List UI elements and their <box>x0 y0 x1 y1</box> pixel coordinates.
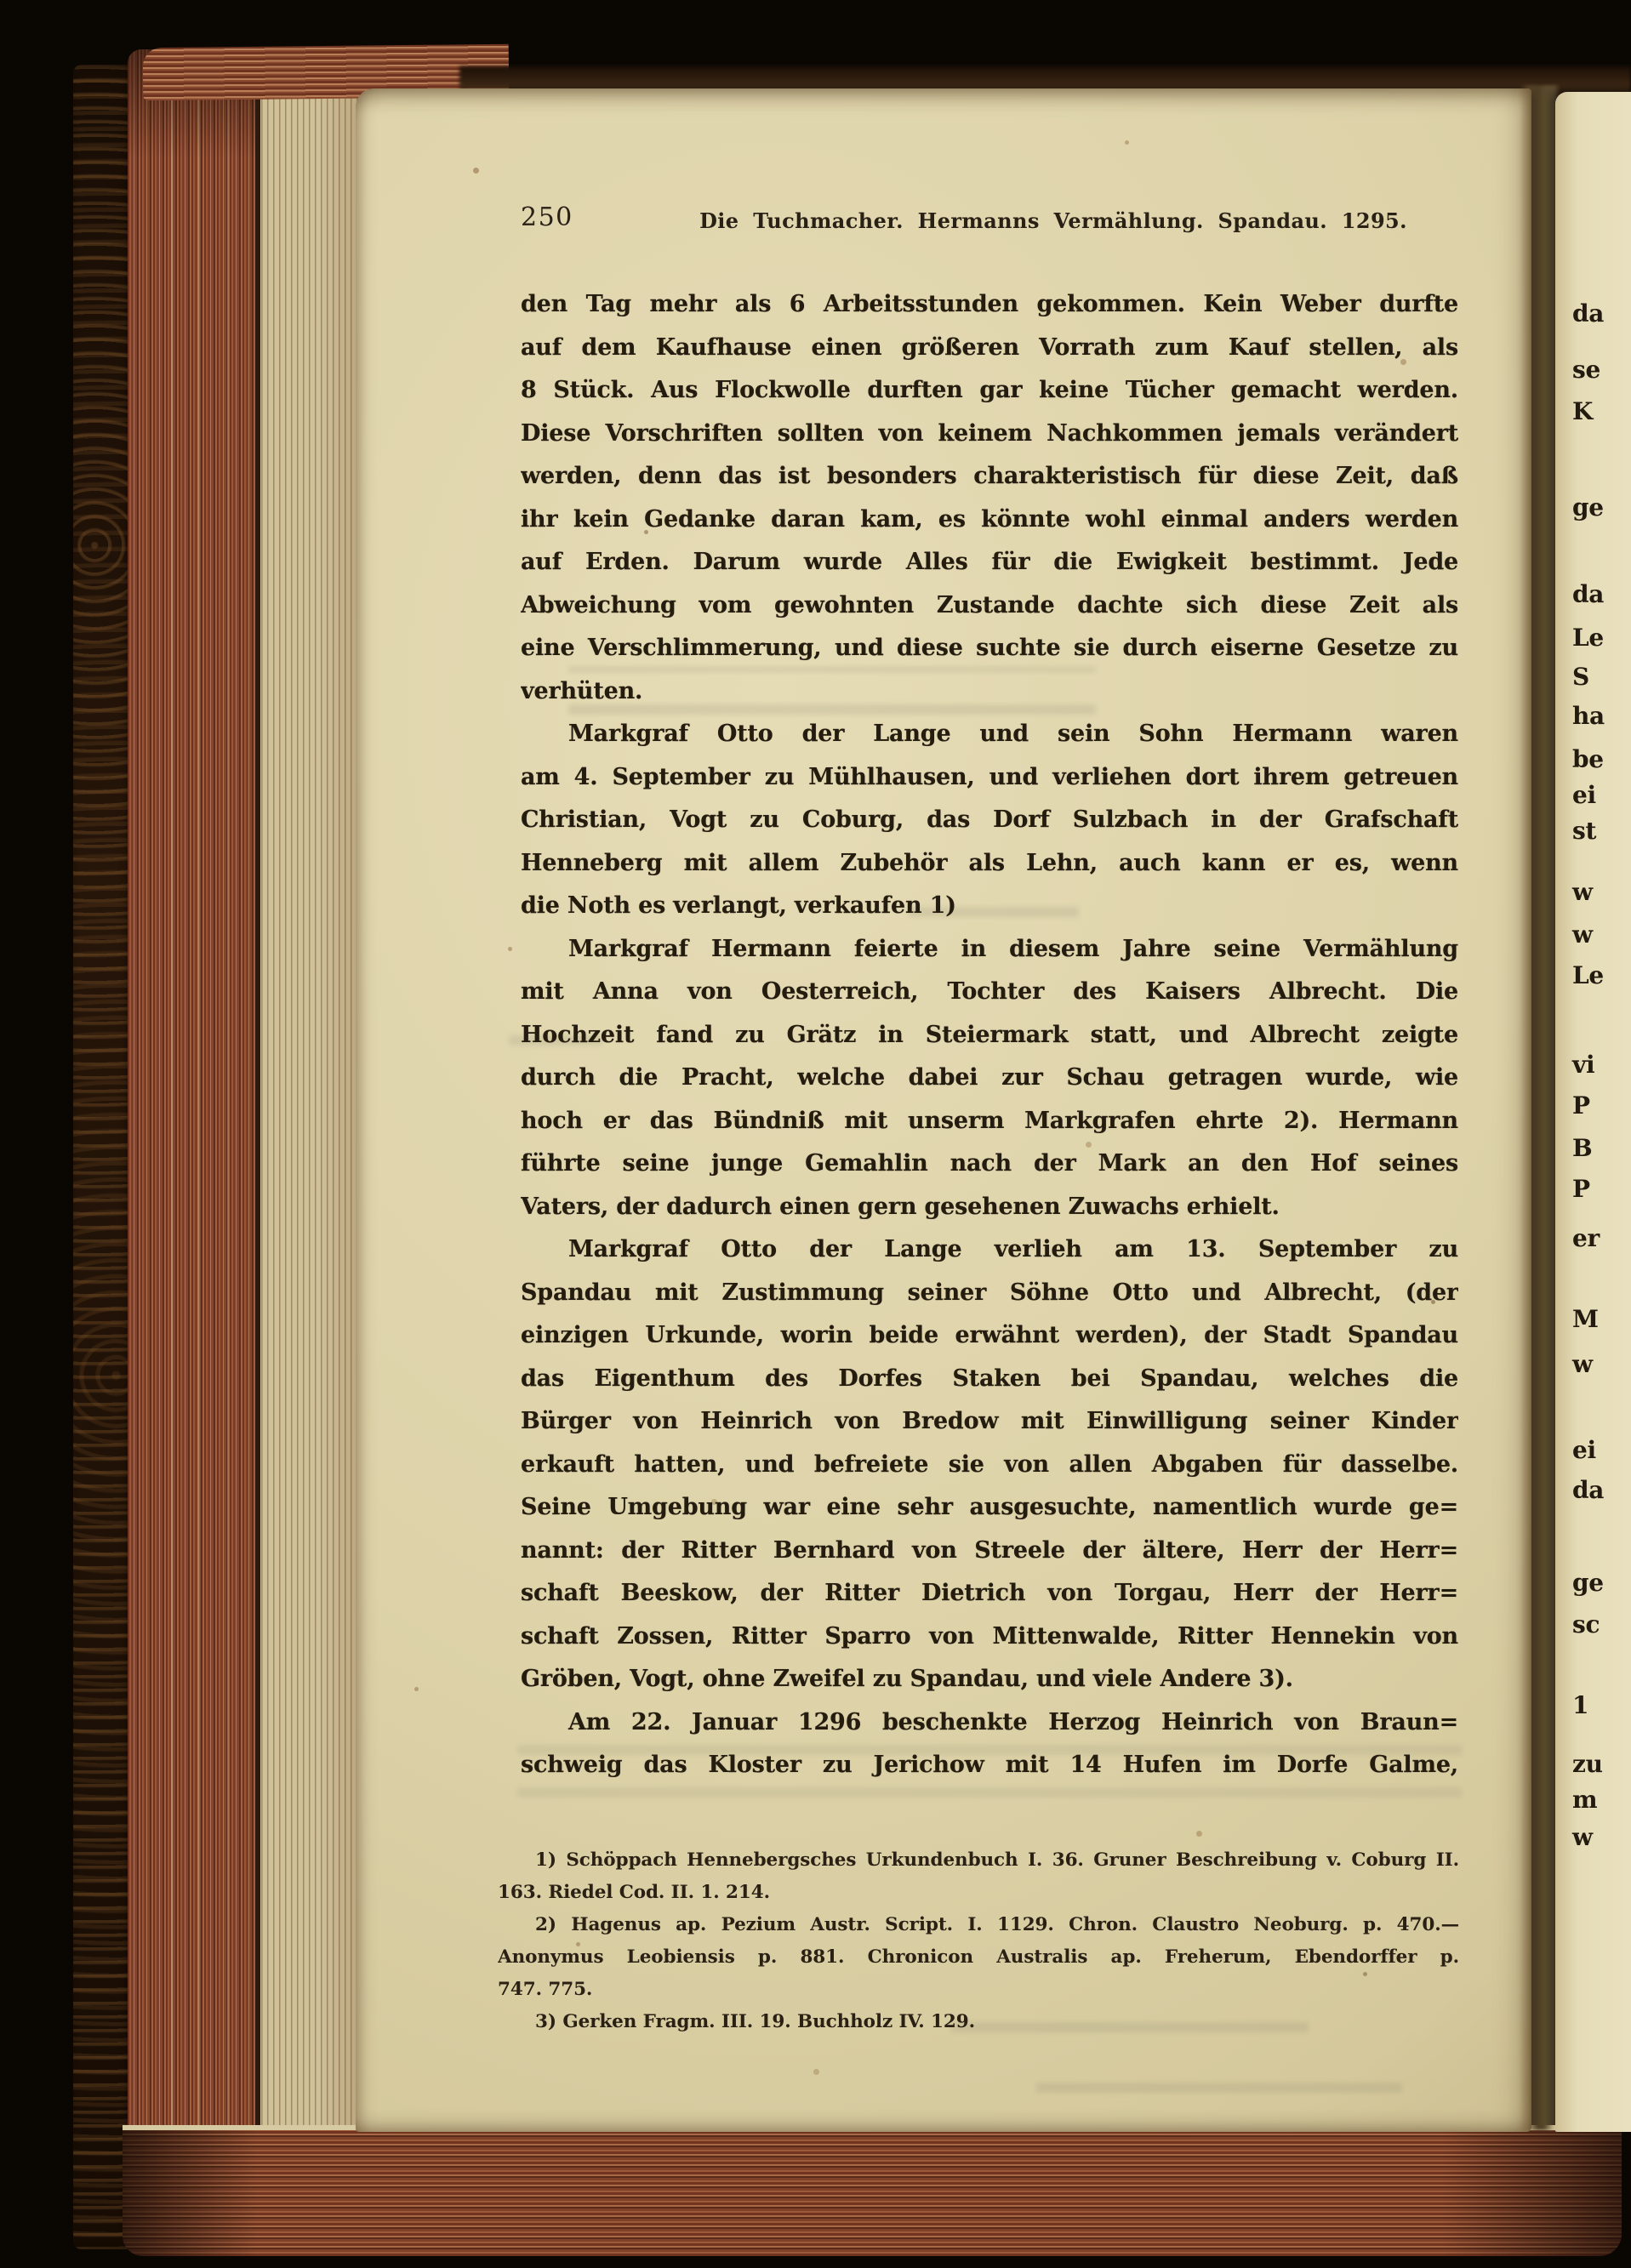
footnote-line: 1) Schöppach Hennebergsches Urkundenbuch… <box>498 1844 1459 1877</box>
body-text-block: den Tag mehr als 6 Arbeitsstunden gekomm… <box>521 283 1458 1787</box>
running-header: Die Tuchmacher. Hermanns Vermählung. Spa… <box>636 208 1470 233</box>
facing-page-text-fragment: se <box>1572 356 1600 391</box>
body-text-line: schaft Beeskow, der Ritter Dietrich von … <box>521 1572 1458 1616</box>
body-text-line: Am 22. Januar 1296 beschenkte Herzog Hei… <box>521 1701 1458 1745</box>
body-text-line: Hochzeit fand zu Grätz in Steiermark sta… <box>521 1014 1458 1057</box>
page-edge-striations-bottom <box>123 2125 1622 2256</box>
facing-page-text-fragment: ei <box>1572 1436 1596 1472</box>
gutter-shadow <box>1520 85 1560 2130</box>
footnote-line: Anonymus Leobiensis p. 881. Chronicon Au… <box>498 1941 1459 1974</box>
body-text-line: am 4. September zu Mühlhausen, und verli… <box>521 756 1458 800</box>
facing-page-text-fragment: Le <box>1572 624 1604 659</box>
facing-page-text-fragment: w <box>1572 1823 1593 1859</box>
page-number: 250 <box>521 202 573 232</box>
facing-page-text-fragment: w <box>1572 920 1593 956</box>
body-text-line: erkauft hatten, und befreiete sie von al… <box>521 1444 1458 1487</box>
footnote-line: 2) Hagenus ap. Pezium Austr. Script. I. … <box>498 1909 1459 1941</box>
body-text-line: Gröben, Vogt, ohne Zweifel zu Spandau, u… <box>521 1658 1458 1701</box>
facing-page-text-fragment: zu <box>1572 1750 1603 1786</box>
footnotes-block: 1) Schöppach Hennebergsches Urkundenbuch… <box>498 1844 1459 2038</box>
facing-page-text-fragment: P <box>1572 1175 1590 1211</box>
facing-page-text-fragment: ge <box>1572 1569 1604 1604</box>
body-text-line: werden, denn das ist besonders charakter… <box>521 455 1458 499</box>
body-text-line: schweig das Kloster zu Jerichow mit 14 H… <box>521 1744 1458 1787</box>
facing-page-text-fragment: da <box>1572 1476 1604 1512</box>
body-text-line: durch die Pracht, welche dabei zur Schau… <box>521 1057 1458 1100</box>
facing-page-text-fragment: ha <box>1572 702 1605 738</box>
body-text-line: nannt: der Ritter Bernhard von Streele d… <box>521 1530 1458 1573</box>
facing-page-text-fragment: da <box>1572 580 1604 616</box>
body-text-line: führte seine junge Gemahlin nach der Mar… <box>521 1143 1458 1186</box>
paper-specks <box>356 88 358 91</box>
body-text-line: Markgraf Hermann feierte in diesem Jahre… <box>521 928 1458 972</box>
body-text-line: Seine Umgebung war eine sehr ausgesuchte… <box>521 1486 1458 1530</box>
body-text-line: Markgraf Otto der Lange und sein Sohn He… <box>521 713 1458 756</box>
facing-page-text-fragment: da <box>1572 299 1604 335</box>
body-text-line: das Eigenthum des Dorfes Staken bei Span… <box>521 1358 1458 1401</box>
body-text-line: die Noth es verlangt, verkaufen 1) <box>521 885 1458 928</box>
facing-page-text-fragment: w <box>1572 1350 1593 1386</box>
body-text-line: eine Verschlimmerung, und diese suchte s… <box>521 627 1458 670</box>
facing-page-text-fragment: ei <box>1572 781 1596 817</box>
body-text-line: mit Anna von Oesterreich, Tochter des Ka… <box>521 971 1458 1014</box>
body-text-line: Markgraf Otto der Lange verlieh am 13. S… <box>521 1228 1458 1272</box>
facing-page-text-fragment: K <box>1572 397 1593 433</box>
facing-page-sliver: daseKgedaLeShabeeistwwLeviPBPerMweidages… <box>1555 92 1631 2132</box>
body-text-line: Spandau mit Zustimmung seiner Söhne Otto… <box>521 1272 1458 1315</box>
facing-page-text-fragment: Le <box>1572 961 1604 997</box>
facing-page-text-fragment: w <box>1572 878 1593 914</box>
body-text-line: verhüten. <box>521 670 1458 714</box>
body-text-line: schaft Zossen, Ritter Sparro von Mittenw… <box>521 1616 1458 1659</box>
footnote-line: 3) Gerken Fragm. III. 19. Buchholz IV. 1… <box>498 2006 1459 2038</box>
facing-page-text-fragment: m <box>1572 1786 1597 1821</box>
facing-page-text-fragment: ge <box>1572 493 1604 529</box>
facing-page-text-fragment: vi <box>1572 1051 1594 1086</box>
body-text-line: hoch er das Bündniß mit unserm Markgrafe… <box>521 1100 1458 1143</box>
facing-page-text-fragment: be <box>1572 745 1604 781</box>
book-scan-photo: 250 Die Tuchmacher. Hermanns Vermählung.… <box>0 0 1631 2268</box>
facing-page-text-fragment: S <box>1572 663 1589 698</box>
ink-showthrough <box>1036 2054 1402 2093</box>
body-text-line: ihr kein Gedanke daran kam, es könnte wo… <box>521 499 1458 542</box>
footnote-line: 747. 775. <box>498 1974 1459 2006</box>
body-text-line: Diese Vorschriften sollten von keinem Na… <box>521 413 1458 456</box>
body-text-line: Vaters, der dadurch einen gern gesehenen… <box>521 1186 1458 1229</box>
body-text-line: den Tag mehr als 6 Arbeitsstunden gekomm… <box>521 283 1458 327</box>
facing-page-text-fragment: sc <box>1572 1610 1600 1646</box>
facing-page-text-fragment: 1 <box>1572 1691 1588 1727</box>
body-text-line: Henneberg mit allem Zubehör als Lehn, au… <box>521 842 1458 886</box>
facing-page-text-fragment: B <box>1572 1134 1592 1170</box>
book-page: 250 Die Tuchmacher. Hermanns Vermählung.… <box>356 88 1531 2132</box>
facing-page-text-fragment: M <box>1572 1305 1599 1341</box>
facing-page-text-fragment: P <box>1572 1091 1590 1127</box>
body-text-line: einzigen Urkunde, worin beide erwähnt we… <box>521 1314 1458 1358</box>
body-text-line: Bürger von Heinrich von Bredow mit Einwi… <box>521 1400 1458 1444</box>
body-text-line: auf dem Kaufhause einen größeren Vorrath… <box>521 327 1458 370</box>
page-edge-striations-left <box>128 49 259 2242</box>
body-text-line: Christian, Vogt zu Coburg, das Dorf Sulz… <box>521 799 1458 842</box>
facing-page-text-fragment: er <box>1572 1224 1600 1260</box>
page-edge-inner-band <box>255 70 368 2231</box>
body-text-line: 8 Stück. Aus Flockwolle durften gar kein… <box>521 369 1458 413</box>
book-spine <box>73 65 134 2249</box>
footnote-line: 163. Riedel Cod. II. 1. 214. <box>498 1877 1459 1909</box>
body-text-line: auf Erden. Darum wurde Alles für die Ewi… <box>521 541 1458 584</box>
body-text-line: Abweichung vom gewohnten Zustande dachte… <box>521 584 1458 628</box>
facing-page-text-fragment: st <box>1572 817 1596 852</box>
